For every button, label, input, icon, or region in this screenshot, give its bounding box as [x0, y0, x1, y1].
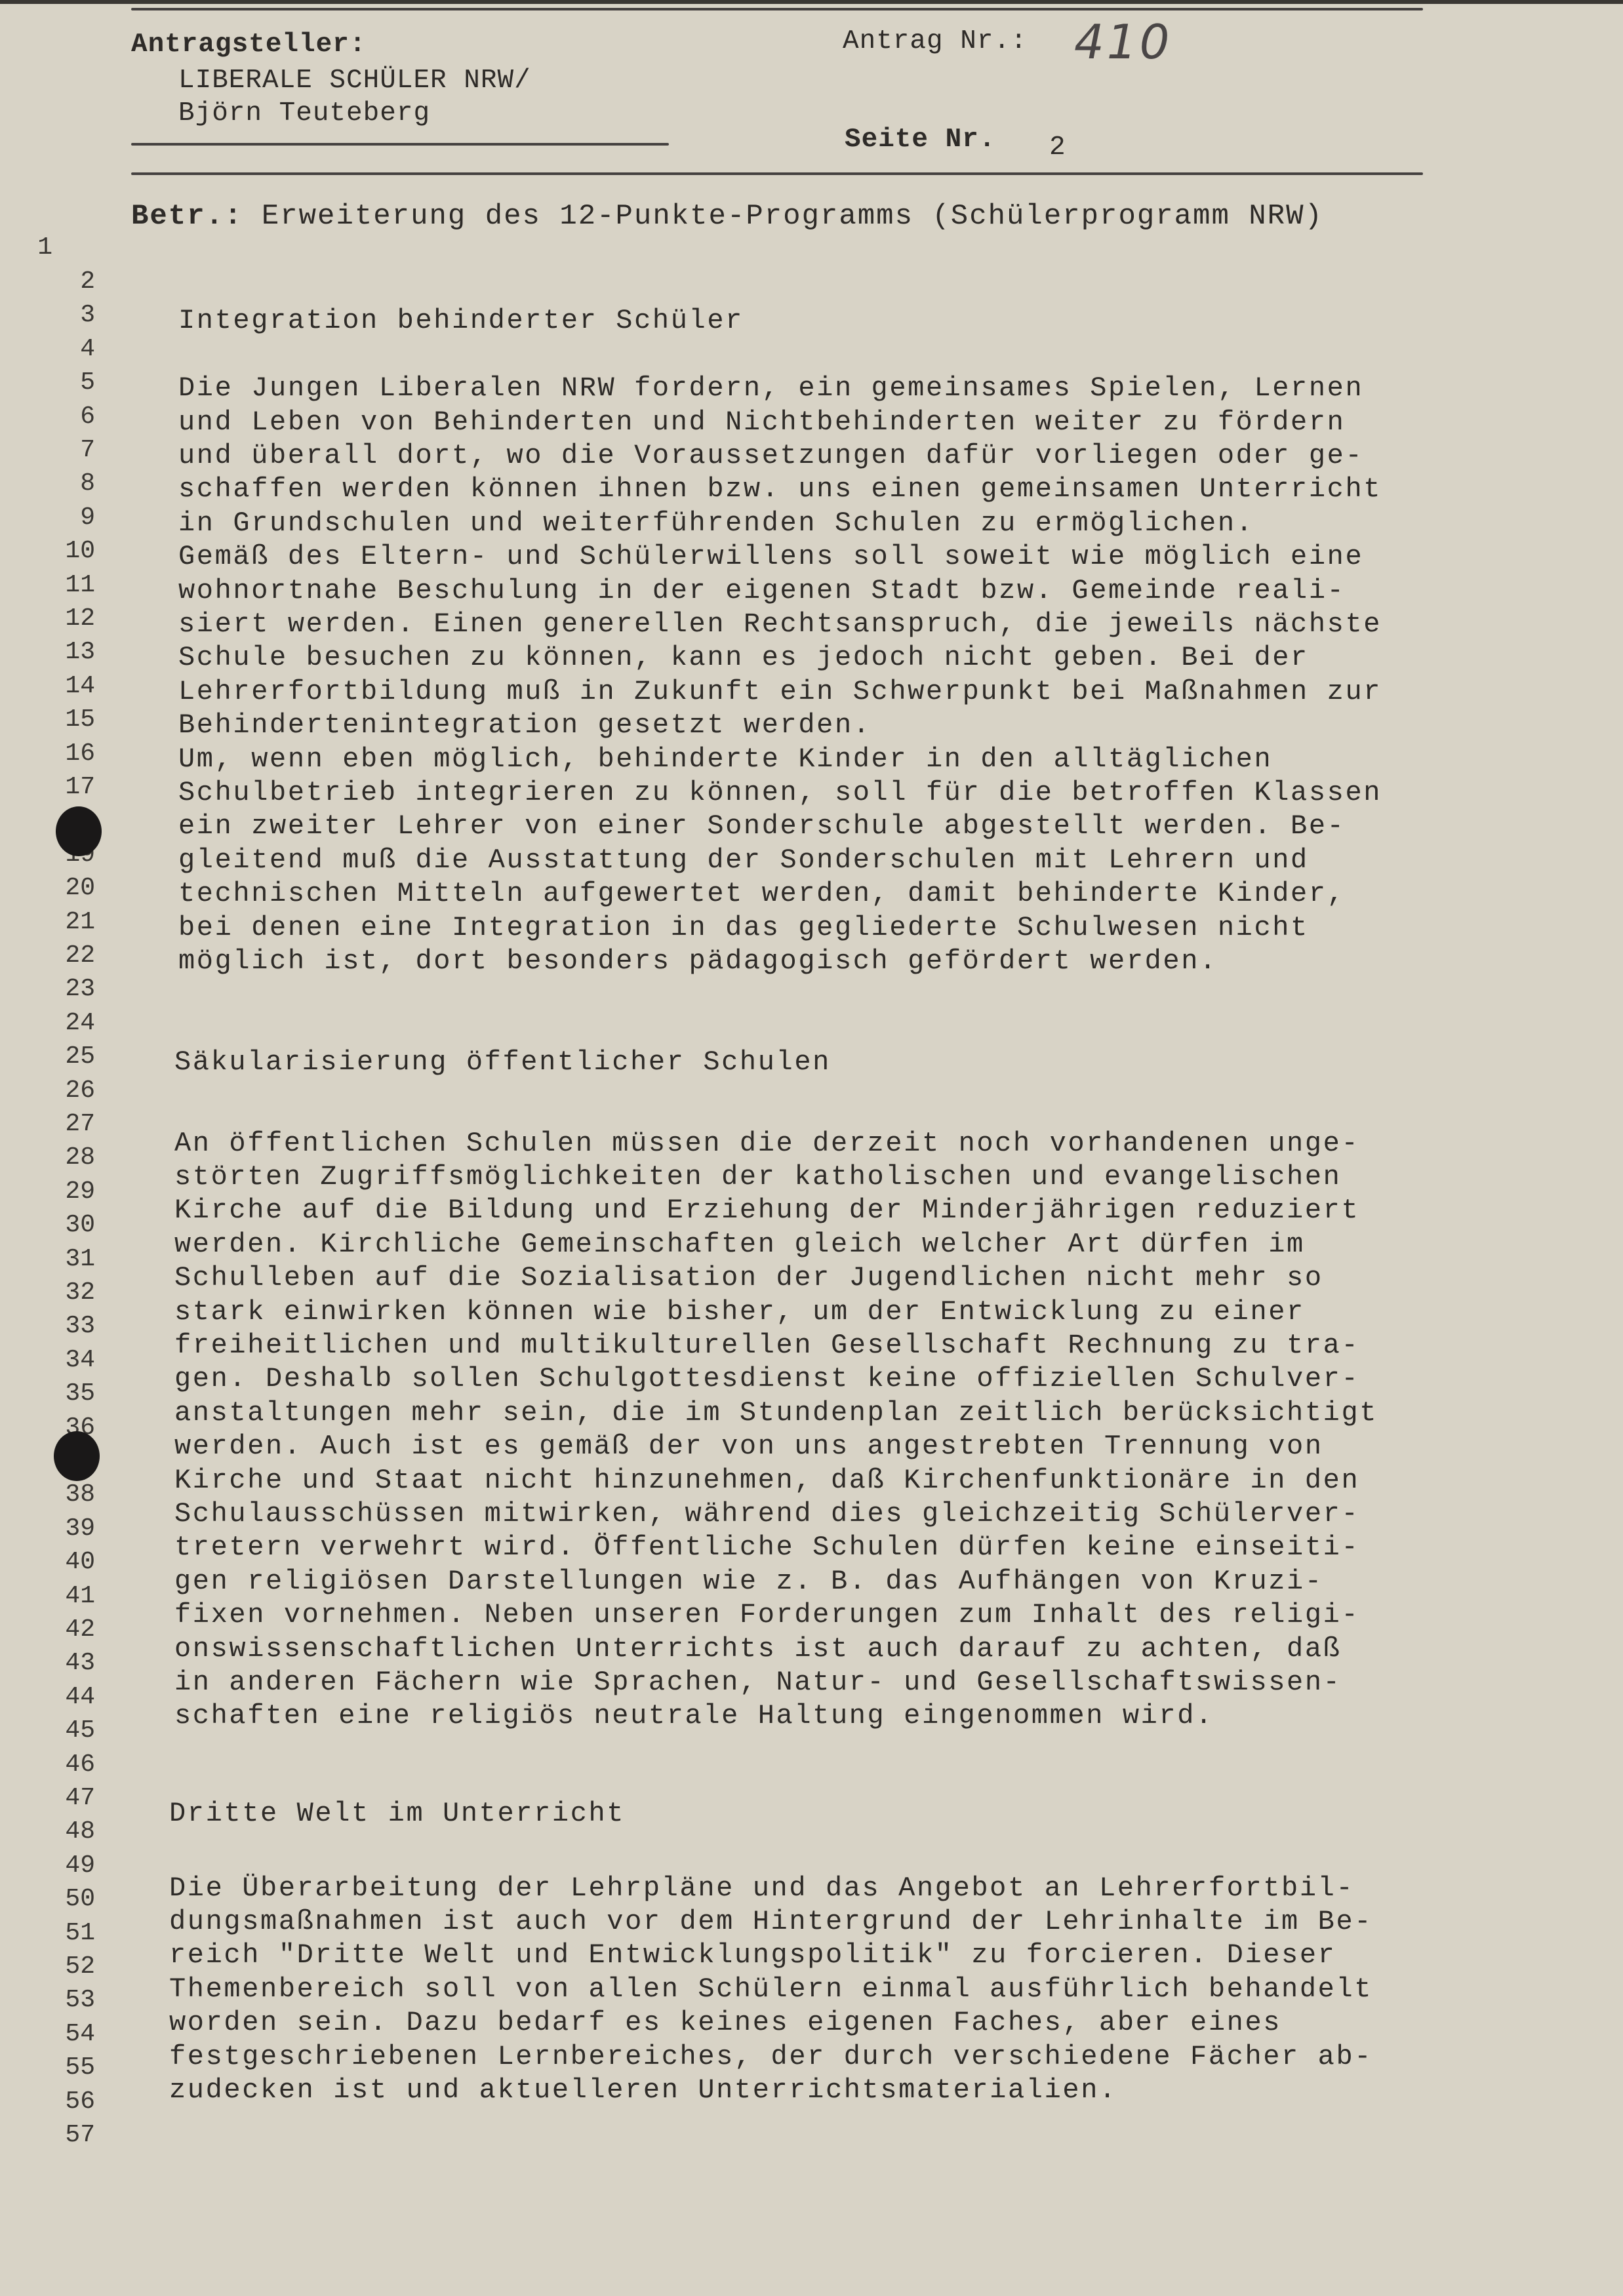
- line-number: 14: [0, 672, 95, 700]
- paragraph-line: onswissenschaftlichen Unterrichts ist au…: [174, 1633, 1341, 1665]
- line-number: 54: [0, 2020, 95, 2048]
- section-heading: Dritte Welt im Unterricht: [169, 1798, 625, 1829]
- line-number: 16: [0, 740, 95, 768]
- line-number: 21: [0, 908, 95, 936]
- line-number: 53: [0, 1986, 95, 2014]
- paragraph-line: Behindertenintegration gesetzt werden.: [178, 709, 872, 741]
- line-number: 48: [0, 1817, 95, 1846]
- applicant-rule: [131, 143, 669, 146]
- paragraph-line: An öffentlichen Schulen müssen die derze…: [174, 1128, 1359, 1159]
- paragraph-line: Schulleben auf die Sozialisation der Jug…: [174, 1262, 1323, 1294]
- line-number: 47: [0, 1784, 95, 1812]
- paragraph-line: Die Überarbeitung der Lehrpläne und das …: [169, 1872, 1354, 1904]
- section-heading: Säkularisierung öffentlicher Schulen: [174, 1046, 831, 1078]
- line-number: 39: [0, 1514, 95, 1543]
- line-number: 31: [0, 1245, 95, 1273]
- punch-hole-lower: [54, 1431, 100, 1481]
- paragraph-line: möglich ist, dort besonders pädagogisch …: [178, 945, 1218, 977]
- paragraph-line: werden. Kirchliche Gemeinschaften gleich…: [174, 1229, 1305, 1260]
- line-number: 7: [0, 436, 95, 464]
- paragraph-line: freiheitlichen und multikulturellen Gese…: [174, 1330, 1359, 1361]
- line-number: 51: [0, 1919, 95, 1947]
- subject-line: Betr.: Erweiterung des 12-Punkte-Program…: [131, 200, 1323, 233]
- page-number: 2: [1049, 132, 1066, 163]
- line-number: 5: [0, 368, 95, 397]
- line-number: 46: [0, 1751, 95, 1779]
- line-number: 23: [0, 975, 95, 1003]
- motion-label: Antrag Nr.:: [843, 26, 1028, 56]
- line-number: 56: [0, 2088, 95, 2116]
- paragraph-line: anstaltungen mehr sein, die im Stundenpl…: [174, 1397, 1378, 1429]
- line-number: 57: [0, 2121, 95, 2149]
- paragraph-line: dungsmaßnahmen ist auch vor dem Hintergr…: [169, 1906, 1373, 1937]
- line-number: 8: [0, 469, 95, 498]
- paragraph-line: schaften eine religiös neutrale Haltung …: [174, 1700, 1214, 1732]
- paragraph-line: tretern verwehrt wird. Öffentliche Schul…: [174, 1532, 1359, 1563]
- line-number: 1: [0, 233, 52, 262]
- line-number: 33: [0, 1312, 95, 1340]
- line-number: 25: [0, 1042, 95, 1071]
- paragraph-line: und überall dort, wo die Voraussetzungen…: [178, 440, 1363, 471]
- paragraph-line: festgeschriebenen Lernbereiches, der dur…: [169, 2041, 1373, 2072]
- line-number: 42: [0, 1615, 95, 1644]
- line-number: 6: [0, 403, 95, 431]
- paragraph-line: Schule besuchen zu können, kann es jedoc…: [178, 642, 1309, 673]
- line-number: 41: [0, 1582, 95, 1610]
- line-number: 35: [0, 1379, 95, 1408]
- paragraph-line: Kirche und Staat nicht hinzunehmen, daß …: [174, 1465, 1359, 1496]
- line-number: 43: [0, 1649, 95, 1677]
- paragraph-line: gleitend muß die Ausstattung der Sonders…: [178, 844, 1309, 876]
- header-rule-bottom: [131, 172, 1423, 175]
- line-number: 2: [0, 267, 95, 296]
- line-number: 45: [0, 1716, 95, 1745]
- paragraph-line: siert werden. Einen generellen Rechtsans…: [178, 608, 1382, 640]
- applicant-label: Antragsteller:: [131, 30, 366, 60]
- paragraph-line: werden. Auch ist es gemäß der von uns an…: [174, 1431, 1323, 1462]
- paragraph-line: Um, wenn eben möglich, behinderte Kinder…: [178, 743, 1272, 775]
- line-number: 52: [0, 1952, 95, 1981]
- line-number: 50: [0, 1885, 95, 1913]
- scan-edge: [0, 0, 1623, 4]
- paragraph-line: Die Jungen Liberalen NRW fordern, ein ge…: [178, 372, 1363, 404]
- paragraph-line: in anderen Fächern wie Sprachen, Natur- …: [174, 1667, 1341, 1698]
- line-number: 28: [0, 1143, 95, 1172]
- page-label: Seite Nr.: [845, 125, 995, 155]
- subject-text: Erweiterung des 12-Punkte-Programms (Sch…: [262, 200, 1323, 233]
- paragraph-line: störten Zugriffsmöglichkeiten der kathol…: [174, 1161, 1341, 1193]
- paragraph-line: und Leben von Behinderten und Nichtbehin…: [178, 406, 1345, 438]
- line-number: 24: [0, 1009, 95, 1037]
- paragraph-line: gen religiösen Darstellungen wie z. B. d…: [174, 1566, 1323, 1597]
- line-number: 55: [0, 2053, 95, 2082]
- line-number: 11: [0, 571, 95, 599]
- line-number: 20: [0, 874, 95, 902]
- punch-hole-upper: [56, 806, 102, 856]
- line-number: 34: [0, 1346, 95, 1374]
- paragraph-line: Kirche auf die Bildung und Erziehung der…: [174, 1195, 1359, 1226]
- paragraph-line: gen. Deshalb sollen Schulgottesdienst ke…: [174, 1363, 1359, 1395]
- line-number: 32: [0, 1278, 95, 1307]
- line-number: 22: [0, 941, 95, 970]
- line-number: 26: [0, 1077, 95, 1105]
- line-number: 38: [0, 1480, 95, 1509]
- line-number: 4: [0, 335, 95, 363]
- subject-label: Betr.:: [131, 200, 243, 233]
- paragraph-line: bei denen eine Integration in das geglie…: [178, 912, 1309, 943]
- paragraph-line: schaffen werden können ihnen bzw. uns ei…: [178, 473, 1382, 505]
- line-number: 3: [0, 301, 95, 329]
- paragraph-line: reich "Dritte Welt und Entwicklungspolit…: [169, 1939, 1336, 1971]
- line-number: 13: [0, 638, 95, 666]
- paragraph-line: Lehrerfortbildung muß in Zukunft ein Sch…: [178, 676, 1382, 707]
- paragraph-line: Schulausschüssen mitwirken, während dies…: [174, 1498, 1359, 1530]
- paragraph-line: Gemäß des Eltern- und Schülerwillens sol…: [178, 541, 1363, 572]
- line-number: 29: [0, 1178, 95, 1206]
- line-number: 15: [0, 705, 95, 734]
- line-number: 9: [0, 504, 95, 532]
- paragraph-line: zudecken ist und aktuelleren Unterrichts…: [169, 2074, 1117, 2106]
- line-number: 12: [0, 604, 95, 633]
- line-number: 10: [0, 537, 95, 565]
- applicant-name: Björn Teuteberg: [178, 98, 430, 129]
- paragraph-line: stark einwirken können wie bisher, um de…: [174, 1296, 1305, 1328]
- paragraph-line: wohnortnahe Beschulung in der eigenen St…: [178, 575, 1345, 606]
- paragraph-line: ein zweiter Lehrer von einer Sonderschul…: [178, 810, 1345, 842]
- line-number: 40: [0, 1548, 95, 1576]
- line-number: 44: [0, 1683, 95, 1711]
- motion-number: 410: [1074, 14, 1172, 69]
- paragraph-line: technischen Mitteln aufgewertet werden, …: [178, 878, 1345, 909]
- section-heading: Integration behinderter Schüler: [178, 305, 744, 336]
- paragraph-line: worden sein. Dazu bedarf es keines eigen…: [169, 2007, 1281, 2038]
- line-number: 30: [0, 1211, 95, 1239]
- paragraph-line: in Grundschulen und weiterführenden Schu…: [178, 507, 1254, 539]
- line-number: 49: [0, 1851, 95, 1880]
- line-number: 17: [0, 773, 95, 801]
- paragraph-line: Themenbereich soll von allen Schülern ei…: [169, 1973, 1373, 2005]
- applicant-org: LIBERALE SCHÜLER NRW/: [178, 66, 531, 96]
- paragraph-line: fixen vornehmen. Neben unseren Forderung…: [174, 1599, 1359, 1631]
- line-number: 27: [0, 1110, 95, 1138]
- paragraph-line: Schulbetrieb integrieren zu können, soll…: [178, 777, 1382, 808]
- header-rule-top: [131, 8, 1423, 10]
